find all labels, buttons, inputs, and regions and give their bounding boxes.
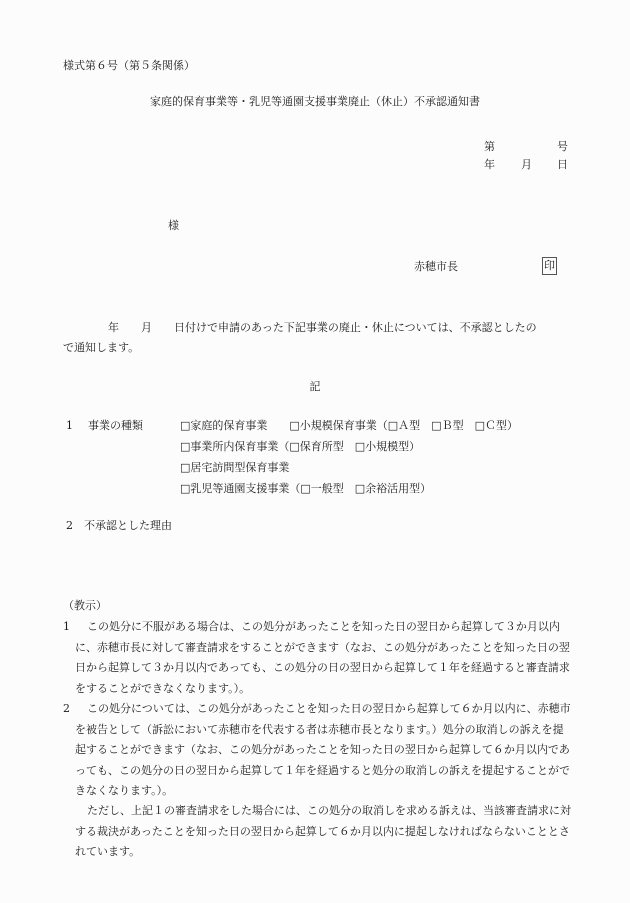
instruction-item-text: この処分に不服がある場合は、この処分があったことを知った日の翌日から起算して３か… (63, 617, 573, 699)
year-label: 年 (484, 158, 495, 172)
instruction-note-text: ただし、上記１の審査請求をした場合には、この処分の取消しを求める訴えは、当該審査… (75, 801, 573, 863)
body-line-1: 年 月 日付けで申請のあった下記事業の廃止・休止については、不承認としたの (108, 321, 537, 335)
month-label: 月 (521, 158, 532, 172)
instruction-item-1: 1 この処分に不服がある場合は、この処分があったことを知った日の翌日から起算して… (63, 617, 573, 699)
number-prefix: 第 (484, 140, 495, 154)
instruction-item-text: この処分については、この処分があったことを知った日の翌日から起算して６か月以内に… (63, 699, 573, 802)
instruction-item-number: 2 (63, 699, 70, 720)
seal-mark: 印 (542, 257, 557, 275)
instruction-heading: （教示） (63, 599, 107, 613)
instruction-item-number: 1 (63, 617, 70, 638)
business-type-option: □居宅訪問型保育事業 (180, 461, 289, 475)
business-type-option: □家庭的保育事業 □小規模保育事業（□Ａ型 □Ｂ型 □Ｃ型） (180, 419, 518, 433)
document-title: 家庭的保育事業等・乳児等通園支援事業廃止（休止）不承認通知書 (0, 95, 630, 109)
section-1-label: 事業の種類 (88, 419, 143, 433)
issuer-name: 赤穂市長 (414, 260, 458, 274)
day-label: 日 (557, 158, 568, 172)
form-number: 様式第６号（第５条関係） (63, 59, 195, 73)
section-2-label: 2 不承認とした理由 (66, 519, 172, 533)
business-type-option: □乳児等通園支援事業（□一般型 □余裕活用型） (180, 482, 431, 496)
addressee-suffix: 様 (168, 219, 179, 233)
section-1-number: 1 (66, 419, 73, 433)
ki-heading: 記 (0, 380, 630, 394)
instruction-note: ただし、上記１の審査請求をした場合には、この処分の取消しを求める訴えは、当該審査… (75, 801, 573, 863)
number-suffix: 号 (557, 140, 568, 154)
instruction-item-2: 2 この処分については、この処分があったことを知った日の翌日から起算して６か月以… (63, 699, 573, 802)
business-type-option: □事業所内保育事業（□保育所型 □小規模型） (180, 440, 420, 454)
body-line-2: で通知します。 (63, 341, 139, 355)
